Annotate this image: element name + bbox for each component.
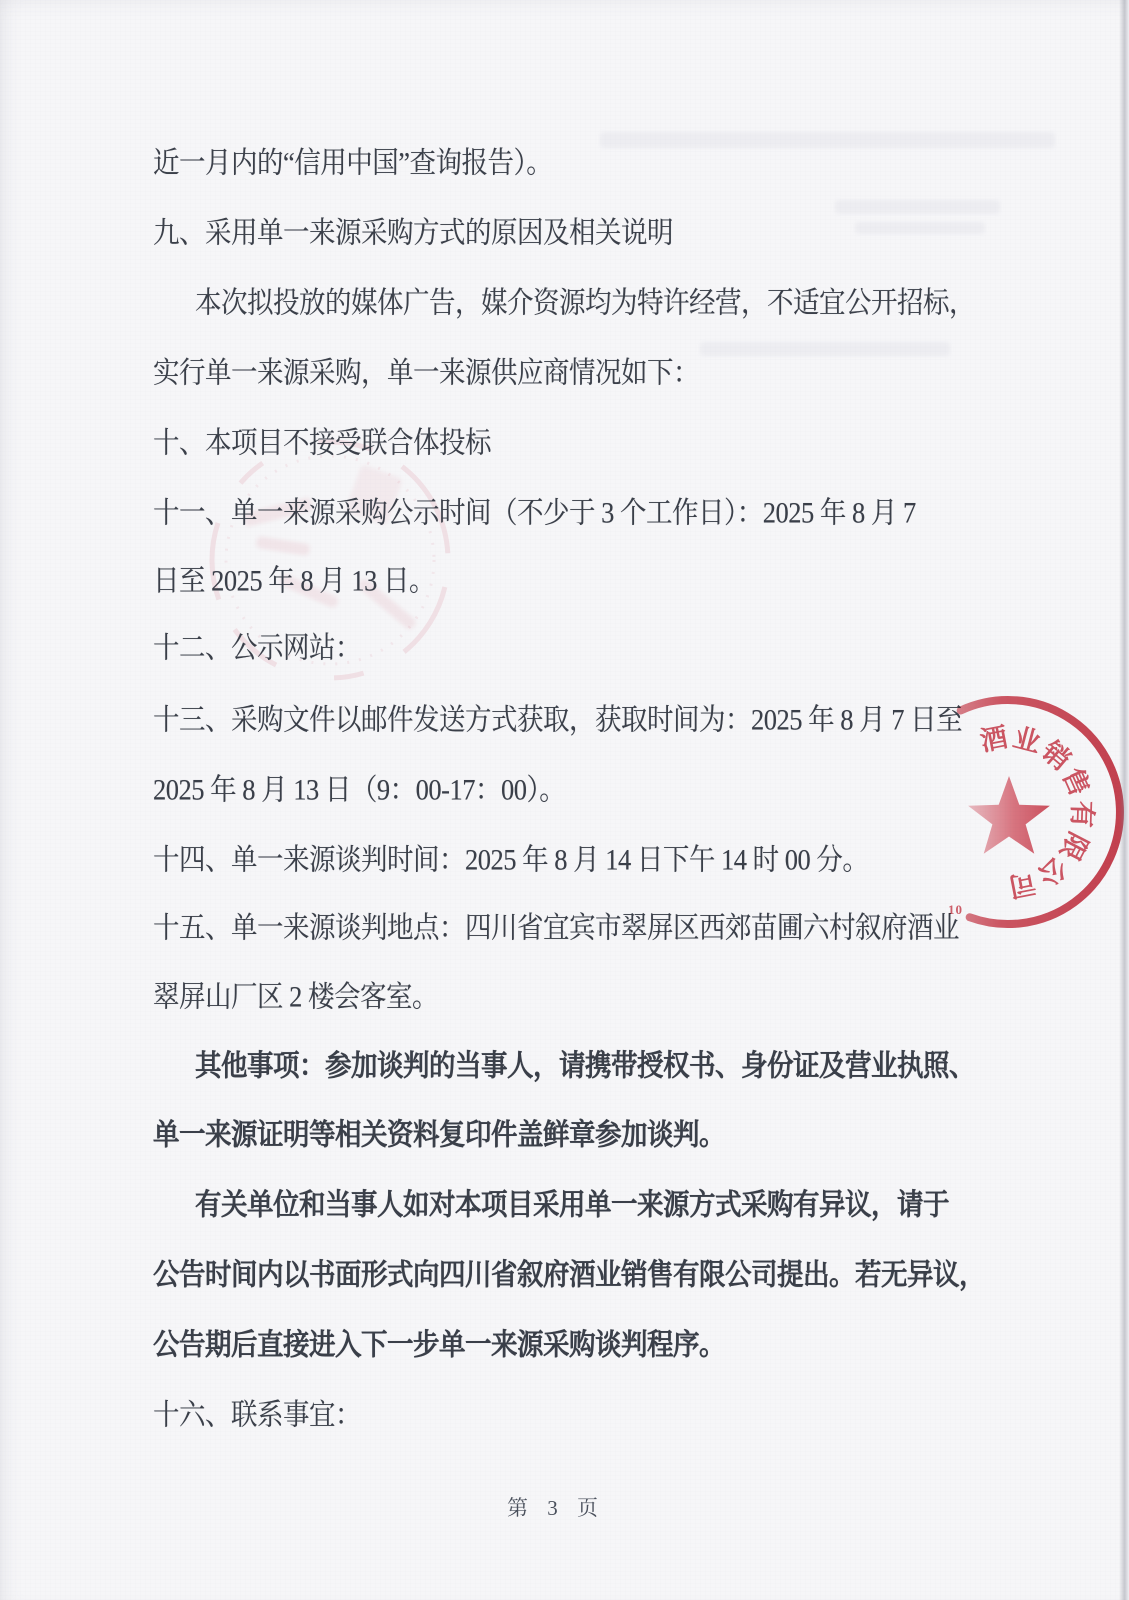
document-line: 公告时间内以书面形式向四川省叙府酒业销售有限公司提出。若无异议， xyxy=(153,1250,985,1294)
document-line: 十三、采购文件以邮件发送方式获取，获取时间为：2025 年 8 月 7 日至 xyxy=(153,695,962,739)
document-line: 近一月内的“信用中国”查询报告）。 xyxy=(153,138,552,182)
stamp-arc-char: 酒 xyxy=(978,722,1010,757)
company-seal-stamp: 酒业销售有限公司 10 xyxy=(870,680,1129,930)
bleed-through-mark xyxy=(855,222,985,234)
document-line: 2025 年 8 月 13 日（9：00-17：00）。 xyxy=(153,765,565,809)
document-line: 十、本项目不接受联合体投标 xyxy=(153,418,491,462)
star-icon xyxy=(968,776,1050,854)
document-line: 本次拟投放的媒体广告，媒介资源均为特许经营，不适宜公开招标， xyxy=(195,278,975,322)
bleed-through-mark xyxy=(700,342,950,356)
document-line: 翠屏山厂区 2 楼会客室。 xyxy=(153,972,438,1016)
document-line: 其他事项：参加谈判的当事人，请携带授权书、身份证及营业执照、 xyxy=(195,1041,975,1085)
document-line: 有关单位和当事人如对本项目采用单一来源方式采购有异议，请于 xyxy=(195,1180,949,1224)
document-line: 单一来源证明等相关资料复印件盖鲜章参加谈判。 xyxy=(153,1110,725,1154)
document-line: 十一、单一来源采购公示时间（不少于 3 个工作日）：2025 年 8 月 7 xyxy=(153,488,916,532)
page-number: 第 3 页 xyxy=(0,1492,1112,1522)
stamp-arc-char: 司 xyxy=(1006,867,1038,902)
scanned-document-page: 近一月内的“信用中国”查询报告）。九、采用单一来源采购方式的原因及相关说明本次拟… xyxy=(0,0,1129,1600)
scan-edge-shadow xyxy=(1119,0,1129,1600)
document-line: 十六、联系事宜： xyxy=(153,1390,361,1434)
document-line: 十五、单一来源谈判地点：四川省宜宾市翠屏区西郊苗圃六村叙府酒业 xyxy=(153,903,959,947)
document-line: 十四、单一来源谈判时间：2025 年 8 月 14 日下午 14 时 00 分。 xyxy=(153,835,868,879)
document-line: 公告期后直接进入下一步单一来源采购谈判程序。 xyxy=(153,1320,725,1364)
document-line: 九、采用单一来源采购方式的原因及相关说明 xyxy=(153,208,673,252)
document-line: 十二、公示网站： xyxy=(153,623,361,667)
document-line: 日至 2025 年 8 月 13 日。 xyxy=(153,556,435,600)
bleed-through-mark xyxy=(835,200,1000,214)
bleed-through-mark xyxy=(600,132,1055,148)
stamp-serial-mark: 10 xyxy=(948,902,963,917)
stamp-arc-char: 有 xyxy=(1067,800,1098,828)
document-line: 实行单一来源采购，单一来源供应商情况如下： xyxy=(153,348,699,392)
stamp-arc-char: 业 xyxy=(1010,722,1044,758)
